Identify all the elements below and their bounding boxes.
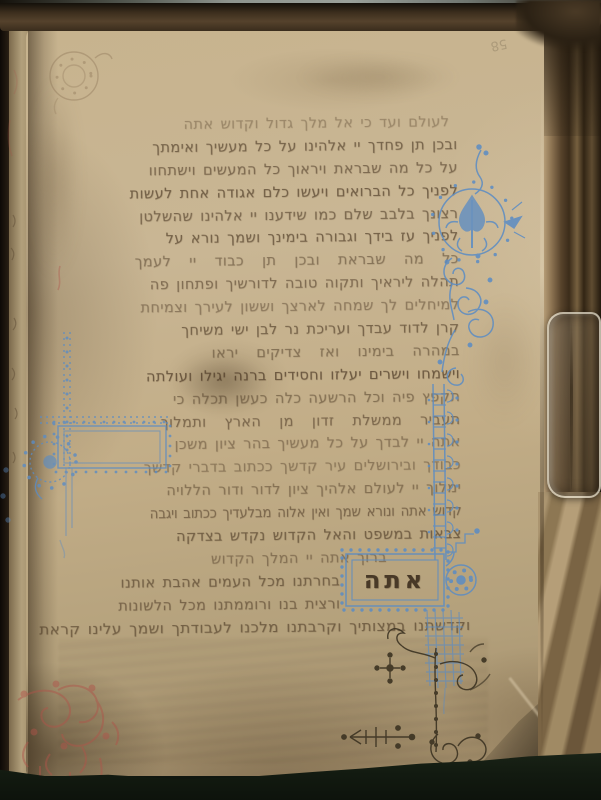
- red-flourish-bottom-left: [8, 70, 118, 794]
- blue-penwork-right: [342, 145, 525, 714]
- gutter-ink-showthrough: [11, 215, 17, 463]
- penwork-overlay: [0, 0, 601, 800]
- glass-page-weight: [547, 312, 601, 498]
- binding-top: [0, 3, 601, 31]
- crumpled-leaf-edges: [538, 492, 601, 784]
- manuscript-photo: לעולם ועד כי אל מלך גדול וקדוש אתהובכן ת…: [0, 0, 601, 800]
- brown-doodle: [50, 52, 112, 114]
- binding-top-right-corner: [516, 0, 601, 58]
- leaf-edge-line: [540, 60, 544, 760]
- blue-penwork-left: [1, 332, 170, 558]
- glass-weight-seam: [570, 320, 573, 490]
